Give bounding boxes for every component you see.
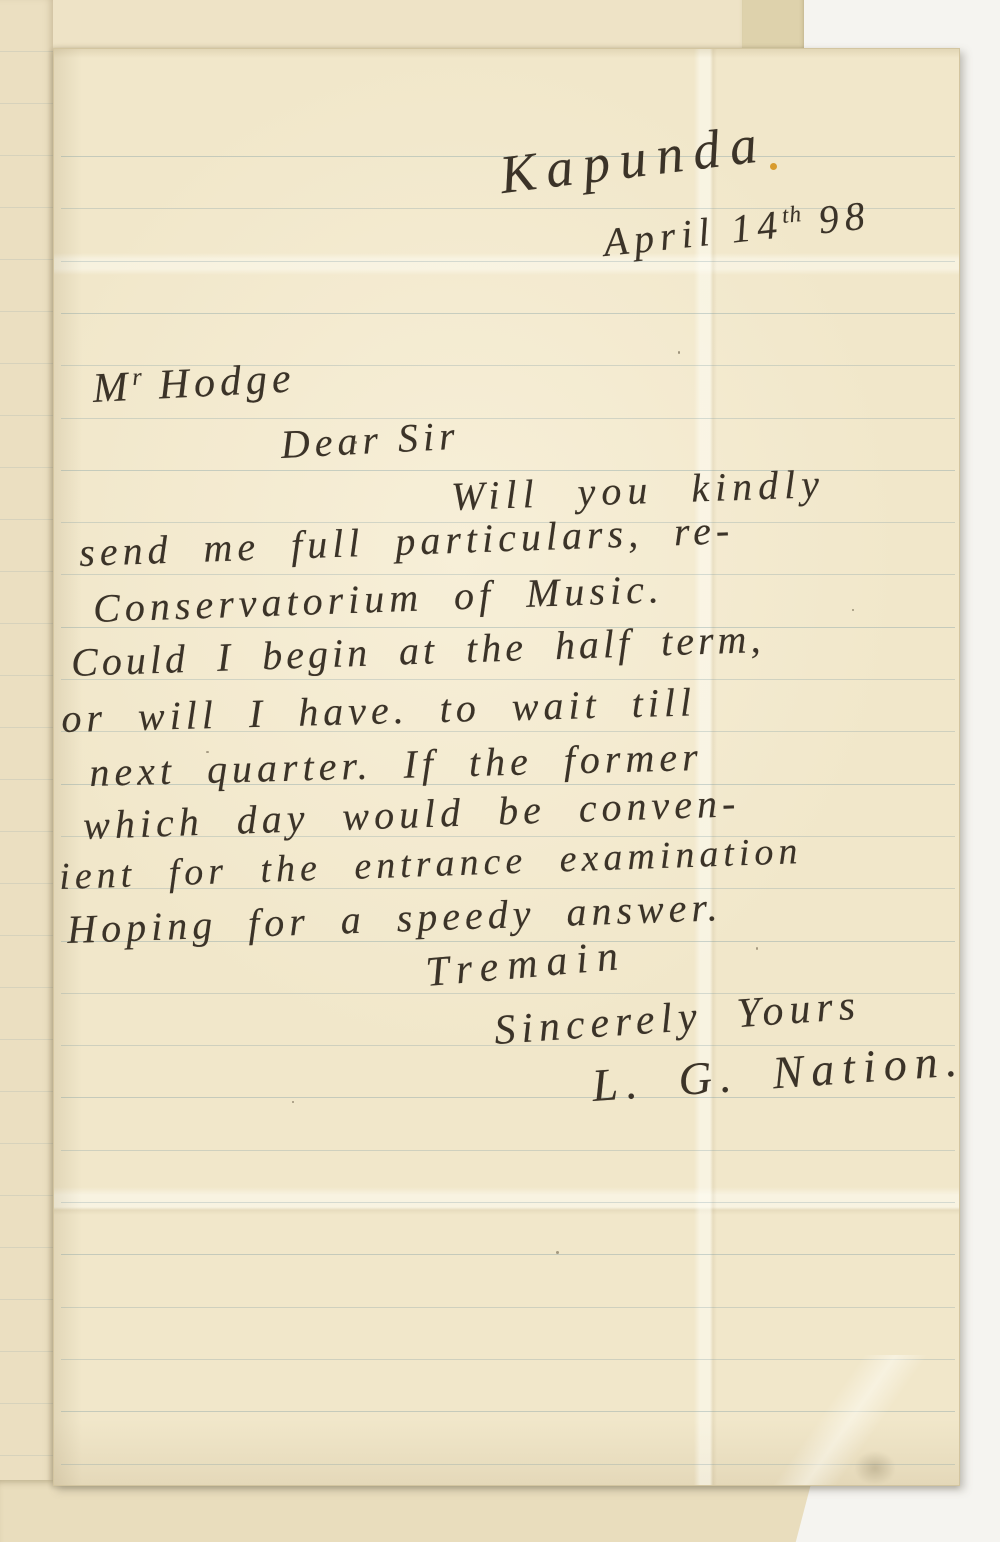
backing-page-top-tab xyxy=(742,0,804,50)
letter-page: Kapunda April 14th 98 Mr Hodge Dear Sir … xyxy=(53,48,960,1486)
ruled-line xyxy=(61,1254,955,1255)
recipient-name: Hodge xyxy=(142,355,297,409)
place-name: Kapunda xyxy=(497,113,770,205)
property-name: Tremain xyxy=(424,933,629,996)
ruled-line xyxy=(61,1307,955,1308)
backing-page-top-edge xyxy=(0,0,742,50)
backing-page-bottom-edge xyxy=(0,1480,812,1542)
letter-recipient-line: Mr Hodge xyxy=(91,354,296,413)
paper-speck xyxy=(678,351,680,354)
date-year: 98 xyxy=(800,192,872,244)
date-main: April 14 xyxy=(601,201,785,265)
letter-date-line: April 14th 98 xyxy=(601,191,873,266)
ruled-line xyxy=(61,418,955,419)
fold-crease xyxy=(729,1355,959,1485)
ink-smudge xyxy=(854,1451,896,1485)
letter-place-line: Kapunda xyxy=(496,112,770,206)
scanned-letter: Kapunda April 14th 98 Mr Hodge Dear Sir … xyxy=(0,0,1000,1542)
ruled-line xyxy=(61,1202,955,1203)
paper-speck xyxy=(556,1251,559,1254)
letter-salutation-line: Dear Sir xyxy=(280,412,461,468)
paper-fleck xyxy=(770,163,777,170)
paper-speck xyxy=(292,1101,294,1103)
salutation-text: Dear Sir xyxy=(280,413,461,467)
letter-body-line: or will I have. to wait till xyxy=(61,678,697,742)
paper-speck xyxy=(852,609,854,611)
ruled-line xyxy=(61,261,955,262)
ruled-line xyxy=(61,1150,955,1151)
ruled-line xyxy=(61,1464,955,1465)
ruled-line xyxy=(61,313,955,314)
paper-speck xyxy=(756,947,758,950)
ruled-line xyxy=(61,1359,955,1360)
backing-page-left-edge xyxy=(0,0,53,1542)
recipient-initial: M xyxy=(92,364,134,412)
ruled-line xyxy=(61,1097,955,1098)
ruled-line xyxy=(61,1411,955,1412)
